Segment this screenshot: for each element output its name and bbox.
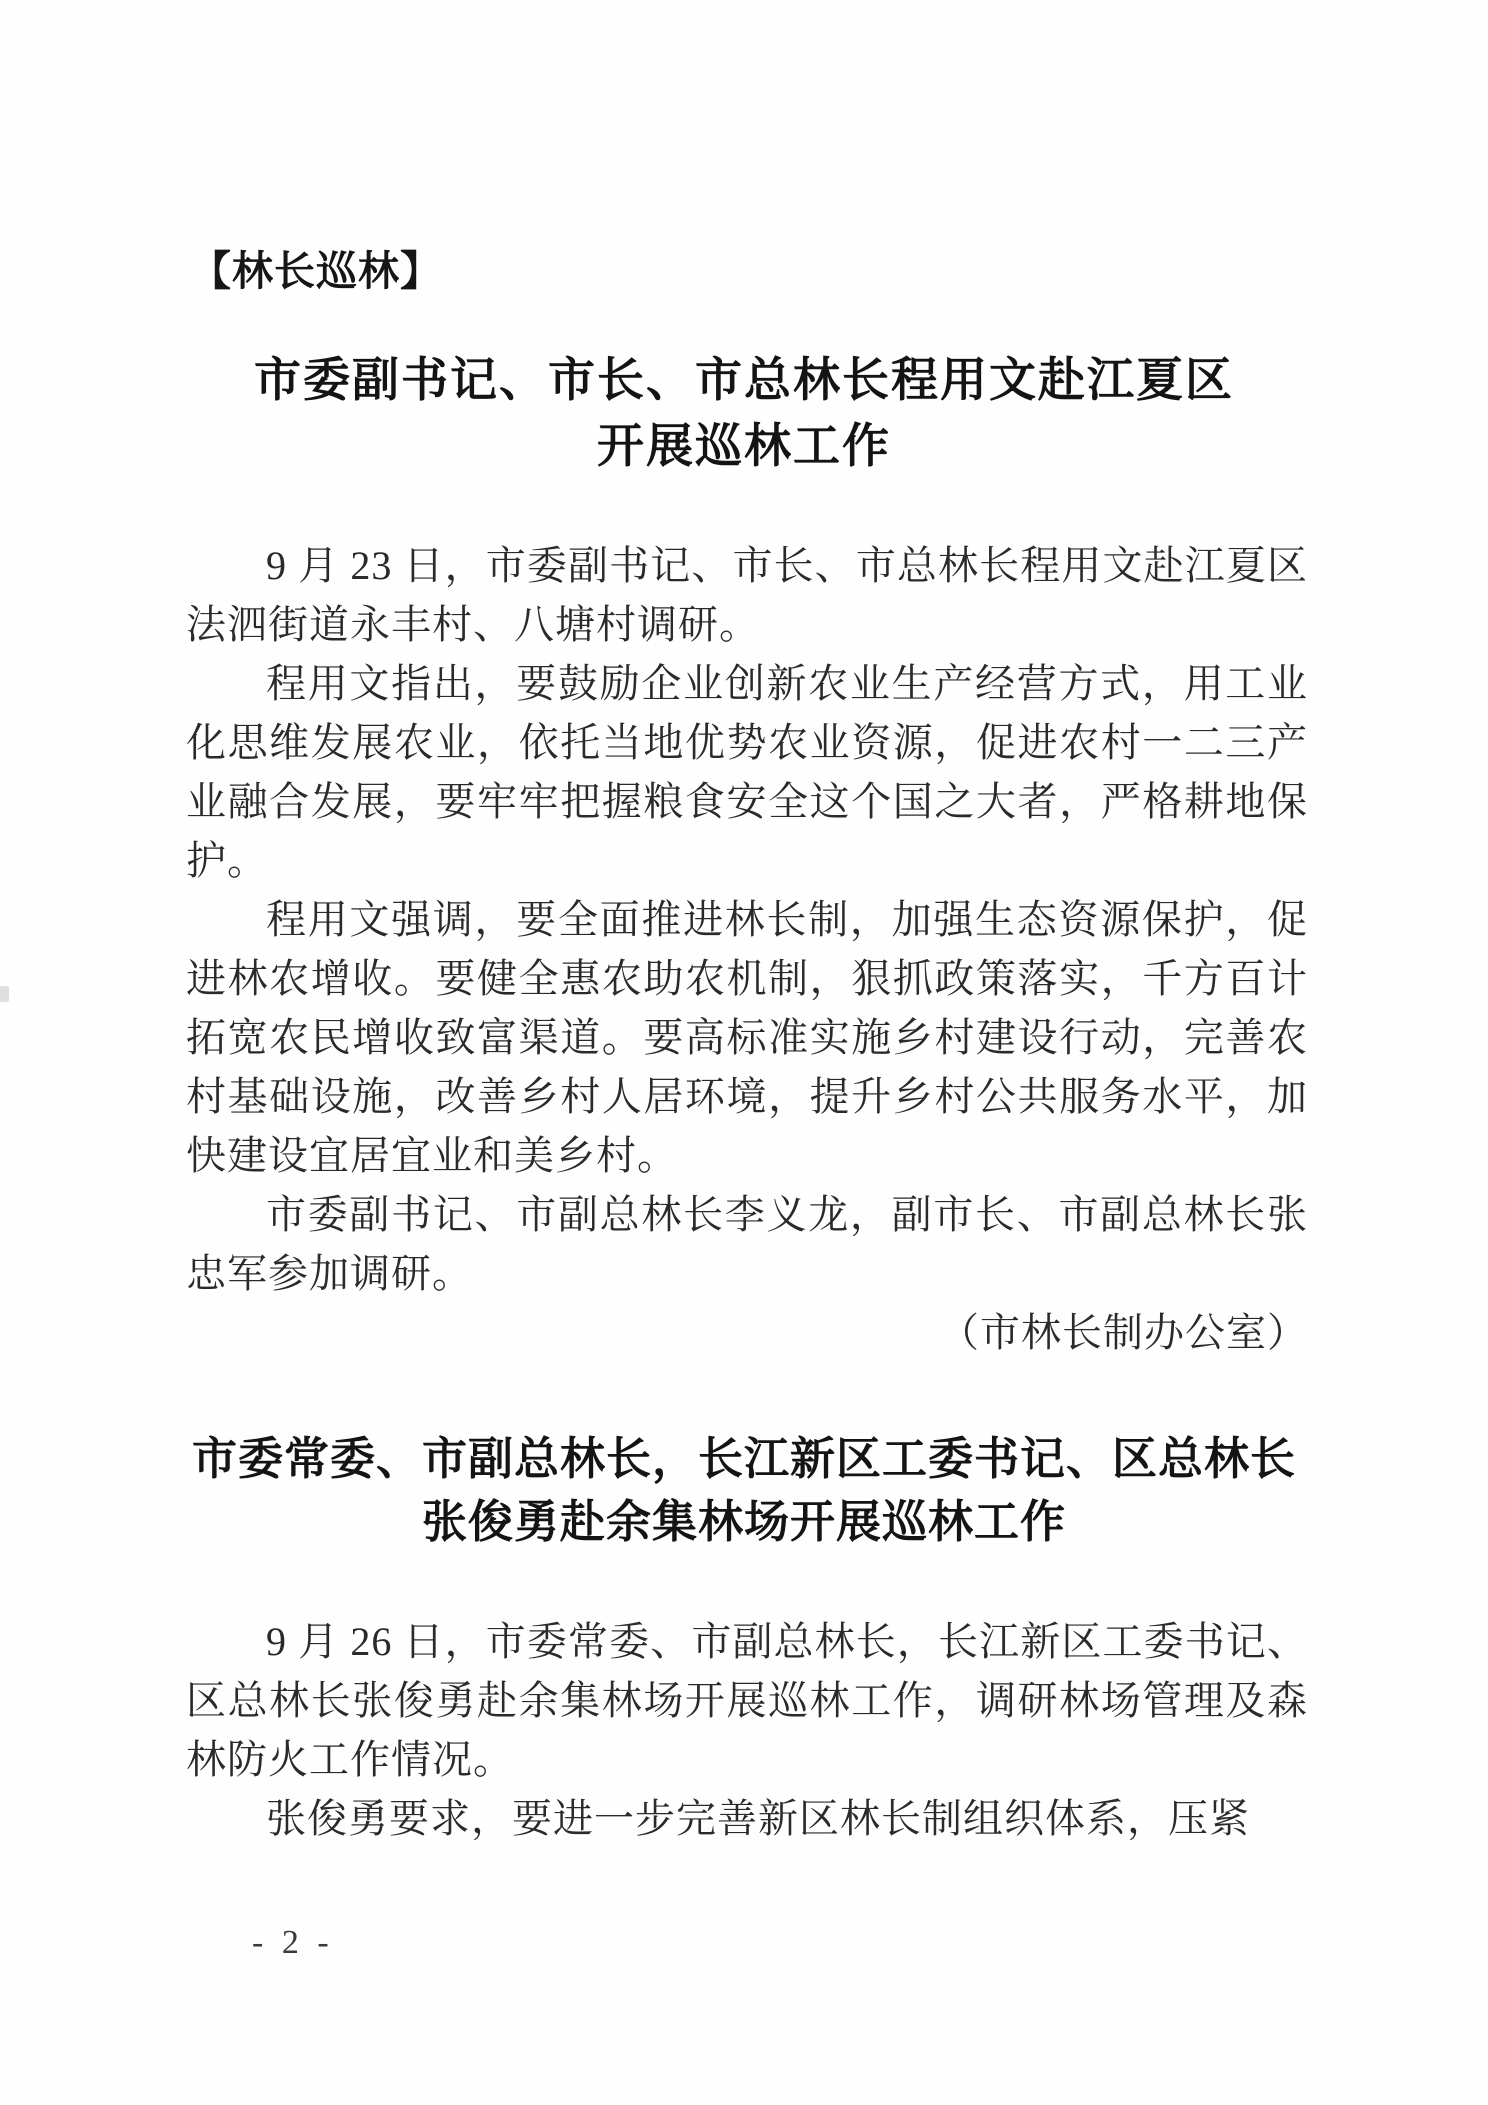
article1-attribution: （市林长制办公室） — [186, 1303, 1308, 1362]
section-header: 【林长巡林】 — [190, 238, 442, 297]
document-page: 【林长巡林】 市委副书记、市长、市总林长程用文赴江夏区 开展巡林工作 9 月 2… — [0, 0, 1488, 2105]
article1-paragraph-3: 程用文强调，要全面推进林长制，加强生态资源保护，促进林农增收。要健全惠农助农机制… — [186, 890, 1308, 1185]
article2-body: 9 月 26 日，市委常委、市副总林长，长江新区工委书记、区总林长张俊勇赴余集林… — [186, 1612, 1308, 1848]
scan-artifact — [0, 986, 9, 1002]
article1-paragraph-4: 市委副书记、市副总林长李义龙，副市长、市副总林长张忠军参加调研。 — [186, 1185, 1308, 1303]
article1-body: 9 月 23 日，市委副书记、市长、市总林长程用文赴江夏区法泗街道永丰村、八塘村… — [186, 536, 1308, 1362]
article2-paragraph-2: 张俊勇要求，要进一步完善新区林长制组织体系，压紧 — [186, 1789, 1308, 1848]
page-number: - 2 - — [252, 1924, 334, 1962]
article1-title-line1: 市委副书记、市长、市总林长程用文赴江夏区 — [254, 355, 1234, 407]
article2-title-line1: 市委常委、市副总林长，长江新区工委书记、区总林长 — [192, 1434, 1296, 1484]
article2-paragraph-1: 9 月 26 日，市委常委、市副总林长，长江新区工委书记、区总林长张俊勇赴余集林… — [186, 1612, 1308, 1789]
article2-title-line2: 张俊勇赴余集林场开展巡林工作 — [422, 1497, 1066, 1547]
article1-title-line2: 开展巡林工作 — [597, 421, 891, 473]
article1-title: 市委副书记、市长、市总林长程用文赴江夏区 开展巡林工作 — [0, 348, 1488, 480]
article2-title: 市委常委、市副总林长，长江新区工委书记、区总林长 张俊勇赴余集林场开展巡林工作 — [0, 1428, 1488, 1554]
article1-paragraph-1: 9 月 23 日，市委副书记、市长、市总林长程用文赴江夏区法泗街道永丰村、八塘村… — [186, 536, 1308, 654]
article1-paragraph-2: 程用文指出，要鼓励企业创新农业生产经营方式，用工业化思维发展农业，依托当地优势农… — [186, 654, 1308, 890]
